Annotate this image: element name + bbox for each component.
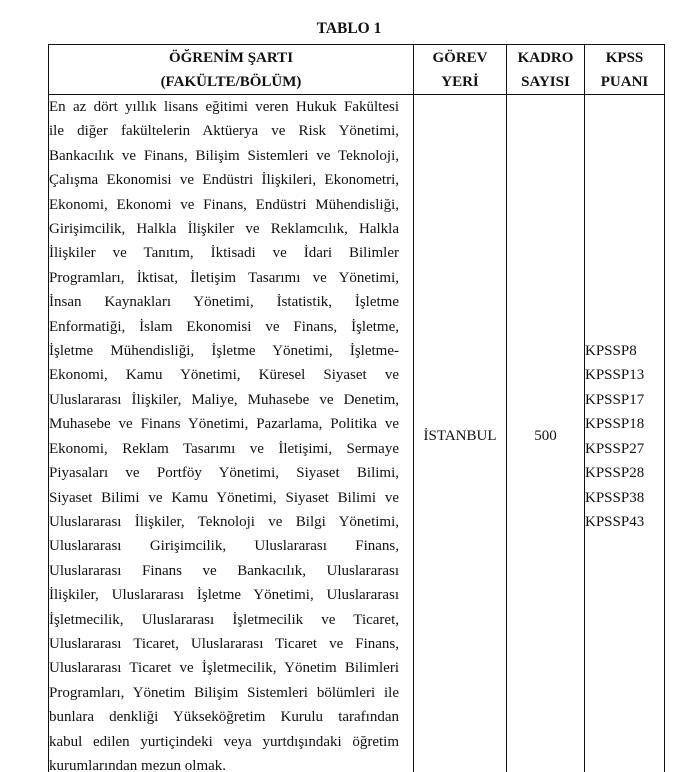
requirement-text-line: Girişimcilik, Halkla İlişkiler ve Reklam… (49, 217, 413, 241)
requirement-text-line: Uluslararası Finans ve Bankacılık, Ulusl… (49, 559, 413, 583)
header-row: ÖĞRENİM ŞARTI (FAKÜLTE/BÖLÜM) GÖREV YERİ… (49, 45, 665, 95)
header-line: YERİ (441, 74, 479, 90)
positions-table: ÖĞRENİM ŞARTI (FAKÜLTE/BÖLÜM) GÖREV YERİ… (48, 44, 665, 772)
header-line: PUANI (601, 74, 649, 90)
header-line: SAYISI (521, 74, 570, 90)
requirement-text-line: kurumlarından mezun olmak. (49, 754, 413, 772)
header-line: ÖĞRENİM ŞARTI (169, 50, 293, 66)
requirement-text-line: Programları, Yönetim Bilişim Sistemleri … (49, 681, 413, 705)
requirement-text-line: İnsan Kaynakları Yönetimi, İstatistik, İ… (49, 290, 413, 314)
requirement-text-line: İlişkiler, Uluslararası İşletme Yönetimi… (49, 583, 413, 607)
kpss-score-cell: KPSSP8KPSSP13KPSSP17KPSSP18KPSSP27KPSSP2… (585, 95, 665, 772)
requirement-text-line: Siyaset Bilimi ve Kamu Yönetimi, Siyaset… (49, 486, 413, 510)
requirement-text-line: En az dört yıllık lisans eğitimi veren H… (49, 95, 413, 119)
requirement-text-line: Uluslararası Girişimcilik, Uluslararası … (49, 534, 413, 558)
requirement-text-line: İşletme Mühendisliği, İşletme Yönetimi, … (49, 339, 413, 363)
position-count-cell: 500 (507, 95, 585, 772)
header-line: KADRO (518, 50, 574, 66)
header-education-requirement: ÖĞRENİM ŞARTI (FAKÜLTE/BÖLÜM) (49, 45, 414, 95)
requirement-text-line: Uluslararası Ticaret ve İşletmecilik, Yö… (49, 656, 413, 680)
requirement-text-line: Ekonomi, Ekonomi ve Finans, Endüstri Müh… (49, 193, 413, 217)
kpss-score-item: KPSSP8 (585, 339, 664, 363)
kpss-score-item: KPSSP43 (585, 510, 664, 534)
table-title: TABLO 1 (0, 19, 698, 39)
requirement-text-line: kabul edilen yurtiçindeki veya yurtdışın… (49, 730, 413, 754)
requirement-text-line: Ekonomi, Reklam Tasarımı ve İletişimi, S… (49, 437, 413, 461)
requirement-text-line: Çalışma Ekonomisi ve Endüstri İlişkileri… (49, 168, 413, 192)
header-line: (FAKÜLTE/BÖLÜM) (161, 74, 302, 90)
header-kpss-score: KPSS PUANI (585, 45, 665, 95)
requirement-text-line: İlişkiler ve Tanıtım, İktisadi ve İdari … (49, 241, 413, 265)
header-duty-location: GÖREV YERİ (414, 45, 507, 95)
education-requirement-cell: En az dört yıllık lisans eğitimi veren H… (49, 95, 414, 772)
kpss-score-item: KPSSP13 (585, 363, 664, 387)
kpss-score-item: KPSSP18 (585, 412, 664, 436)
kpss-score-item: KPSSP27 (585, 437, 664, 461)
requirement-text-line: Muhasebe ve Finans Yönetimi, Pazarlama, … (49, 412, 413, 436)
requirement-text-line: Ekonomi, Kamu Yönetimi, Küresel Siyaset … (49, 363, 413, 387)
kpss-score-item: KPSSP38 (585, 486, 664, 510)
duty-location-cell: İSTANBUL (414, 95, 507, 772)
requirement-text-line: ile diğer fakültelerin Aktüerya ve Risk … (49, 119, 413, 143)
kpss-score-item: KPSSP28 (585, 461, 664, 485)
requirement-text-line: Bankacılık ve Finans, Bilişim Sistemleri… (49, 144, 413, 168)
table-row: En az dört yıllık lisans eğitimi veren H… (49, 95, 665, 772)
requirement-text-line: bunlara denkliği Yükseköğretim Kurulu ta… (49, 705, 413, 729)
requirement-text-line: Enformatiği, İslam Ekonomisi ve Finans, … (49, 315, 413, 339)
requirement-text-line: Uluslararası İlişkiler, Maliye, Muhasebe… (49, 388, 413, 412)
requirement-text-line: Programları, İktisat, İletişim Tasarımı … (49, 266, 413, 290)
requirement-text-line: Piyasaları ve Portföy Yönetimi, Siyaset … (49, 461, 413, 485)
kpss-score-item: KPSSP17 (585, 388, 664, 412)
header-position-count: KADRO SAYISI (507, 45, 585, 95)
requirement-text-line: Uluslararası İlişkiler, Teknoloji ve Bil… (49, 510, 413, 534)
requirement-text-line: İşletmecilik, Uluslararası İşletmecilik … (49, 608, 413, 632)
header-line: GÖREV (432, 50, 487, 66)
header-line: KPSS (606, 50, 644, 66)
requirement-text-line: Uluslararası Ticaret, Uluslararası Ticar… (49, 632, 413, 656)
